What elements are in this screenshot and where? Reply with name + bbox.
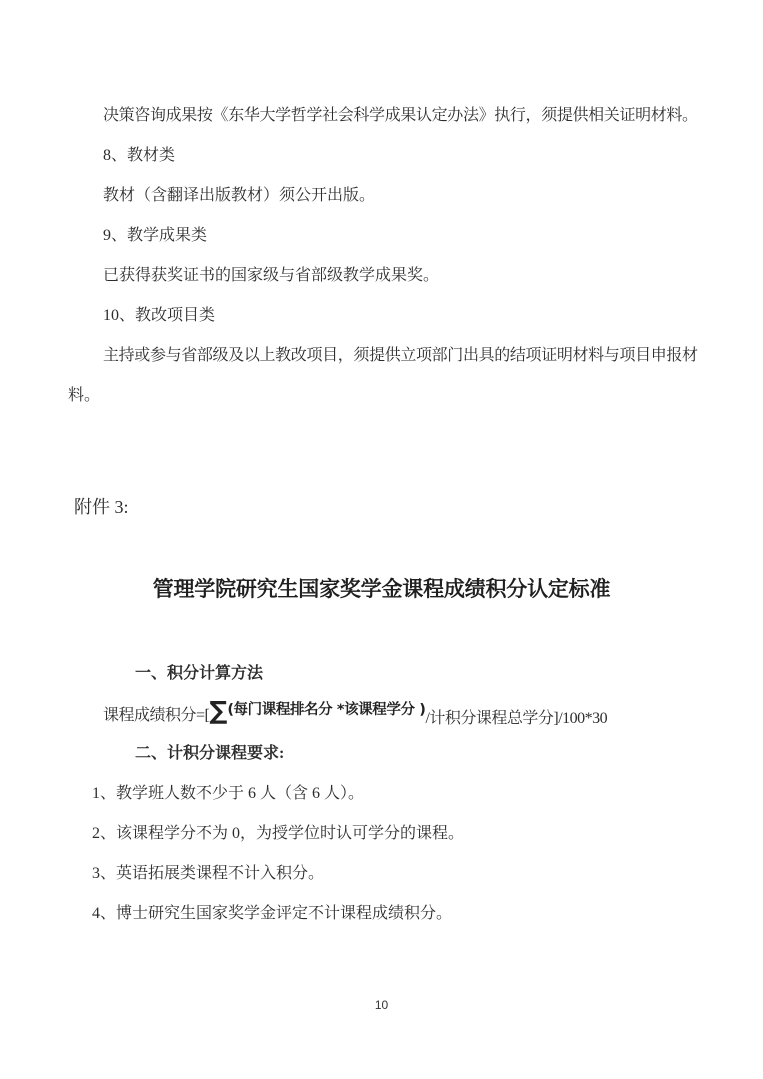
formula-left-side: 课程成绩积分=[ [103,707,209,725]
score-formula: 课程成绩积分=[∑(每门课程排名分 *该课程学分 )/计积分课程总学分]/100… [103,698,607,728]
heading-item-9-teaching-results: 9、教学成果类 [68,226,207,246]
section-heading-course-requirements: 二、计积分课程要求: [135,744,284,764]
page-title: 管理学院研究生国家奖学金课程成绩积分认定标准 [0,577,763,603]
section-heading-calculation-method: 一、积分计算方法 [135,664,263,684]
page-number: 10 [0,998,763,1013]
formula-sum-expression: ∑(每门课程排名分 *该课程学分 ) [209,698,425,723]
attachment-label: 附件 3: [74,496,129,518]
formula-sum-body: (每门课程排名分 *该课程学分 ) [227,702,425,718]
requirement-item-2: 2、该课程学分不为 0，为授学位时认可学分的课程。 [68,824,464,844]
paragraph-reform-projects-line2: 料。 [68,386,100,406]
paragraph-textbooks: 教材（含翻译出版教材）须公开出版。 [68,186,375,206]
requirement-item-3: 3、英语拓展类课程不计入积分。 [68,864,324,884]
paragraph-reform-projects-line1: 主持或参与省部级及以上教改项目，须提供立项部门出具的结项证明材料与项目申报材 [68,346,698,366]
formula-right-side: /计积分课程总学分]/100*30 [425,710,607,728]
heading-item-10-reform-projects: 10、教改项目类 [68,306,215,326]
paragraph-teaching-results: 已获得获奖证书的国家级与省部级教学成果奖。 [68,266,439,286]
document-page: 决策咨询成果按《东华大学哲学社会科学成果认定办法》执行，须提供相关证明材料。 8… [0,0,763,1079]
sigma-symbol: ∑ [209,698,227,723]
requirement-item-1: 1、教学班人数不少于 6 人（含 6 人）。 [68,784,364,804]
requirement-item-4: 4、博士研究生国家奖学金评定不计课程成绩积分。 [68,904,452,924]
heading-item-8-textbooks: 8、教材类 [68,146,175,166]
paragraph-decision-consulting: 决策咨询成果按《东华大学哲学社会科学成果认定办法》执行，须提供相关证明材料。 [68,106,698,126]
